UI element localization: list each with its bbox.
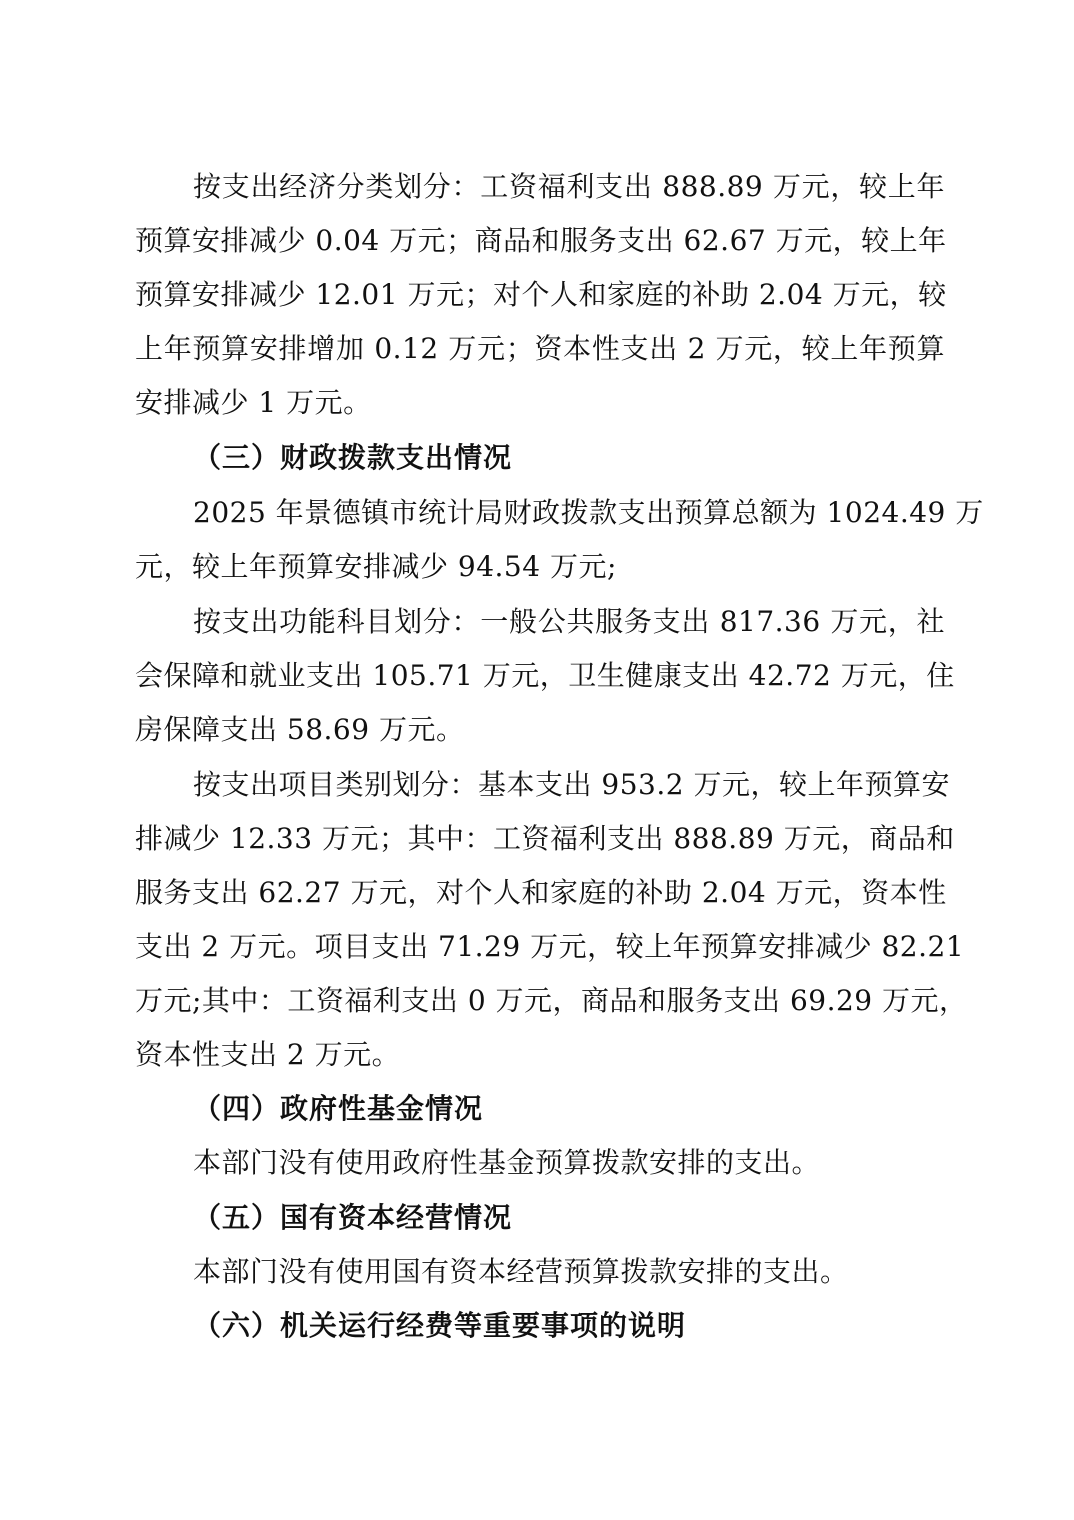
text-line: 按支出经济分类划分：工资福利支出 888.89 万元，较上年 bbox=[193, 167, 945, 207]
paragraph-state-capital: 本部门没有使用国有资本经营预算拨款安排的支出。 bbox=[193, 1252, 945, 1292]
text-line: 预算安排减少 12.01 万元；对个人和家庭的补助 2.04 万元，较 bbox=[135, 275, 945, 315]
text-line: 按支出项目类别划分：基本支出 953.2 万元，较上年预算安 bbox=[193, 765, 945, 805]
text-line: 万元;其中：工资福利支出 0 万元，商品和服务支出 69.29 万元， bbox=[135, 981, 945, 1021]
text-line: 会保障和就业支出 105.71 万元，卫生健康支出 42.72 万元，住 bbox=[135, 656, 945, 696]
section-heading-state-capital: （五）国有资本经营情况 bbox=[193, 1198, 945, 1238]
section-heading-operating-expenses: （六）机关运行经费等重要事项的说明 bbox=[193, 1306, 945, 1346]
paragraph-government-fund: 本部门没有使用政府性基金预算拨款安排的支出。 bbox=[193, 1143, 945, 1183]
text-line: 排减少 12.33 万元；其中：工资福利支出 888.89 万元，商品和 bbox=[135, 819, 945, 859]
text-line: 房保障支出 58.69 万元。 bbox=[135, 710, 945, 750]
text-line: 上年预算安排增加 0.12 万元；资本性支出 2 万元，较上年预算 bbox=[135, 329, 945, 369]
text-line: 安排减少 1 万元。 bbox=[135, 383, 945, 423]
section-heading-government-fund: （四）政府性基金情况 bbox=[193, 1089, 945, 1129]
text-line: 按支出功能科目划分：一般公共服务支出 817.36 万元，社 bbox=[193, 602, 945, 642]
text-line: 预算安排减少 0.04 万元；商品和服务支出 62.67 万元，较上年 bbox=[135, 221, 945, 261]
document-page: 按支出经济分类划分：工资福利支出 888.89 万元，较上年 预算安排减少 0.… bbox=[0, 0, 1074, 1520]
text-line: 支出 2 万元。项目支出 71.29 万元，较上年预算安排减少 82.21 bbox=[135, 927, 945, 967]
section-heading-fiscal-expenditure: （三）财政拨款支出情况 bbox=[193, 438, 945, 478]
text-line: 资本性支出 2 万元。 bbox=[135, 1035, 945, 1075]
text-line: 2025 年景德镇市统计局财政拨款支出预算总额为 1024.49 万 bbox=[193, 493, 945, 533]
text-line: 元，较上年预算安排减少 94.54 万元; bbox=[135, 547, 945, 587]
text-line: 服务支出 62.27 万元，对个人和家庭的补助 2.04 万元，资本性 bbox=[135, 873, 945, 913]
